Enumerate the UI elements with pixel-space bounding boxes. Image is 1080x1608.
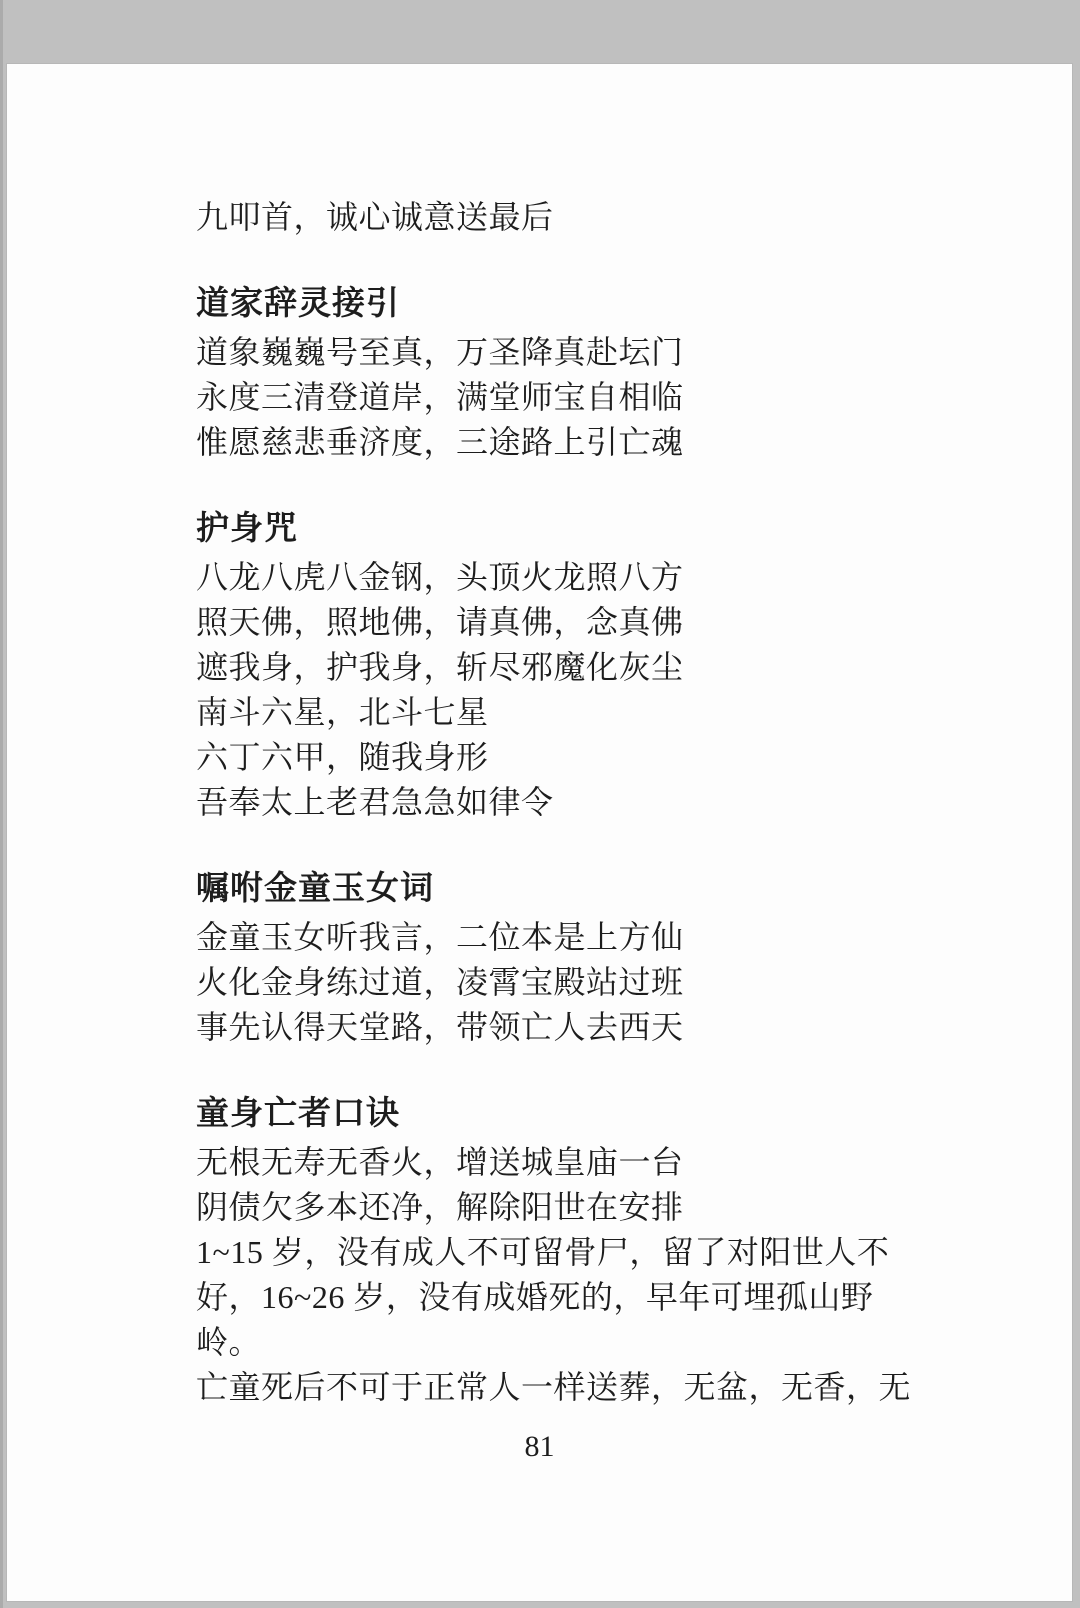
text-line: 好，16~26 岁，没有成婚死的，早年可埋孤山野 (196, 1275, 1033, 1320)
text-line: 1~15 岁，没有成人不可留骨尸，留了对阳世人不 (196, 1230, 1033, 1275)
scanner-edge-shadow (0, 0, 3, 1608)
section-heading: 护身咒 (196, 501, 1033, 555)
text-line: 遮我身，护我身，斩尽邪魔化灰尘 (196, 645, 1033, 690)
text-line: 金童玉女听我言，二位本是上方仙 (196, 915, 1033, 960)
text-line: 事先认得天堂路，带领亡人去西天 (196, 1005, 1033, 1050)
sections: 道家辞灵接引 道象巍巍号至真，万圣降真赴坛门永度三清登道岸，满堂师宝自相临惟愿慈… (196, 276, 1033, 1410)
book-page: 九叩首，诚心诚意送最后 道家辞灵接引 道象巍巍号至真，万圣降真赴坛门永度三清登道… (6, 63, 1073, 1602)
section: 护身咒 八龙八虎八金钢，头顶火龙照八方照天佛，照地佛，请真佛，念真佛遮我身，护我… (196, 501, 1033, 825)
text-line: 照天佛，照地佛，请真佛，念真佛 (196, 600, 1033, 645)
text-line: 八龙八虎八金钢，头顶火龙照八方 (196, 555, 1033, 600)
section-heading: 嘱咐金童玉女词 (196, 861, 1033, 915)
scan-background: { "page": { "number": "81" }, "content":… (0, 0, 1080, 1608)
text-line: 无根无寿无香火，增送城皇庙一台 (196, 1140, 1033, 1185)
section: 嘱咐金童玉女词 金童玉女听我言，二位本是上方仙火化金身练过道，凌霄宝殿站过班事先… (196, 861, 1033, 1050)
section-lines: 无根无寿无香火，增送城皇庙一台阴债欠多本还净，解除阳世在安排1~15 岁，没有成… (196, 1140, 1033, 1410)
section-lines: 金童玉女听我言，二位本是上方仙火化金身练过道，凌霄宝殿站过班事先认得天堂路，带领… (196, 915, 1033, 1050)
intro-line: 九叩首，诚心诚意送最后 (196, 195, 1033, 240)
text-line: 亡童死后不可于正常人一样送葬，无盆，无香，无 (196, 1365, 1033, 1410)
text-line: 岭。 (196, 1320, 1033, 1365)
section-lines: 道象巍巍号至真，万圣降真赴坛门永度三清登道岸，满堂师宝自相临惟愿慈悲垂济度，三途… (196, 330, 1033, 465)
section-lines: 八龙八虎八金钢，头顶火龙照八方照天佛，照地佛，请真佛，念真佛遮我身，护我身，斩尽… (196, 555, 1033, 825)
section-heading: 童身亡者口诀 (196, 1086, 1033, 1140)
text-line: 吾奉太上老君急急如律令 (196, 780, 1033, 825)
text-line: 南斗六星，北斗七星 (196, 690, 1033, 735)
section: 童身亡者口诀 无根无寿无香火，增送城皇庙一台阴债欠多本还净，解除阳世在安排1~1… (196, 1086, 1033, 1410)
section-heading: 道家辞灵接引 (196, 276, 1033, 330)
text-line: 火化金身练过道，凌霄宝殿站过班 (196, 960, 1033, 1005)
text-line: 永度三清登道岸，满堂师宝自相临 (196, 375, 1033, 420)
text-line: 六丁六甲，随我身形 (196, 735, 1033, 780)
text-line: 阴债欠多本还净，解除阳世在安排 (196, 1185, 1033, 1230)
text-line: 惟愿慈悲垂济度，三途路上引亡魂 (196, 420, 1033, 465)
text-line: 道象巍巍号至真，万圣降真赴坛门 (196, 330, 1033, 375)
section: 道家辞灵接引 道象巍巍号至真，万圣降真赴坛门永度三清登道岸，满堂师宝自相临惟愿慈… (196, 276, 1033, 465)
page-number: 81 (46, 1424, 1033, 1469)
